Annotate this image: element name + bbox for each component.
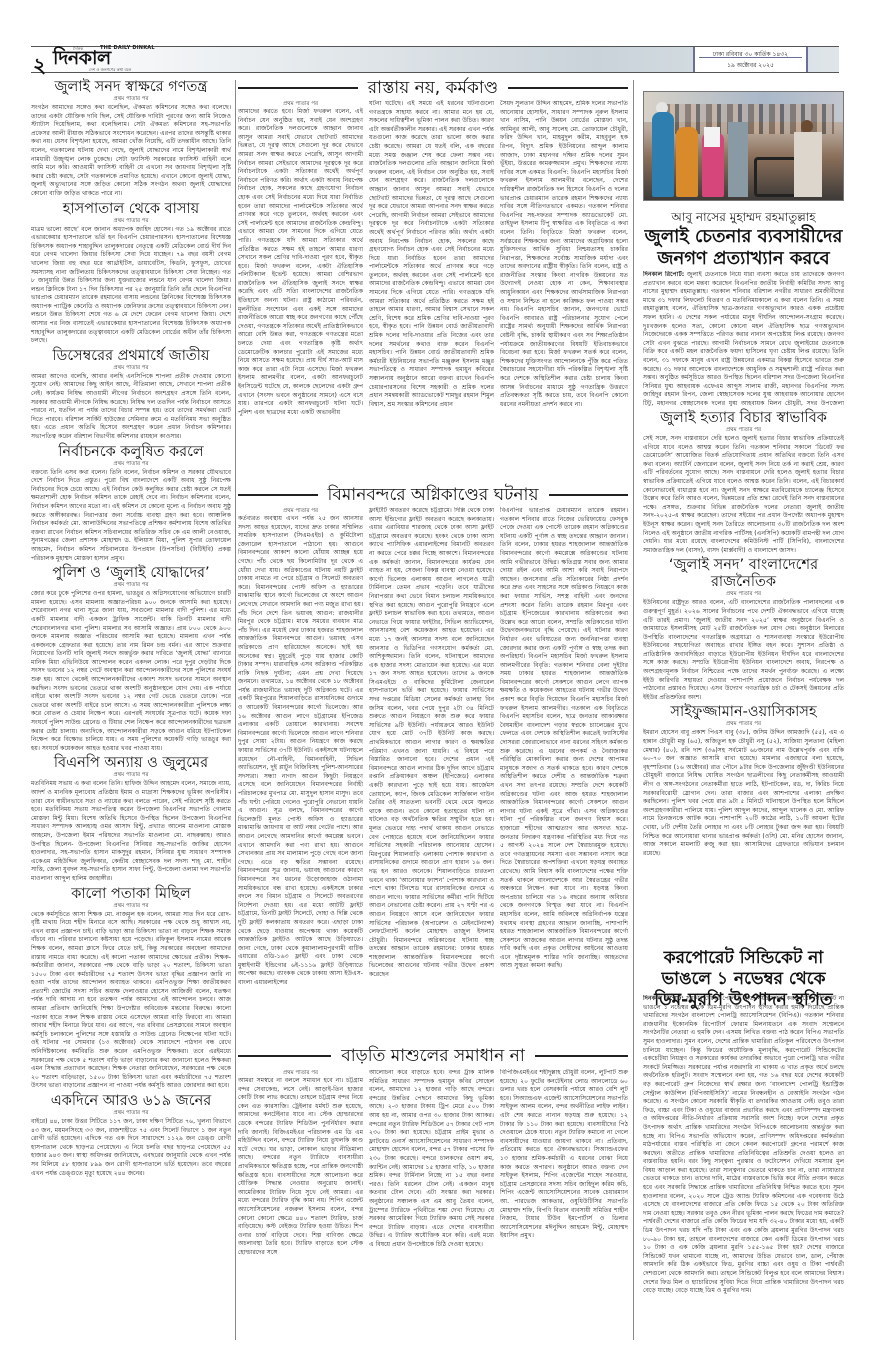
- article-body: ইমরান হোসেন বাবু প্রকাশ পিএস বাবু (৩৮), …: [643, 729, 844, 858]
- article-body: ফ্লাইটটি অবতরণ করেছে চট্টগ্রামে। দিল্লি …: [369, 507, 494, 980]
- article-body: থেকে কর্মসূচিতে আসা শিক্ষক মো. নাজমুল হক…: [31, 911, 231, 1091]
- center-story-3-col-1: প্রথম পাতার পর আমরা সমস্বরে না বললে সমাধ…: [238, 1069, 363, 1329]
- article-body: বিএনপির ভারপ্রাপ্ত চেয়ারম্যান তারেক রহম…: [500, 507, 628, 971]
- left-column: জুলাই সনদ স্বাক্ষরে গণতন্ত্র প্রথম পাতার…: [31, 77, 231, 1178]
- continued-label: প্রথম পাতার পর: [31, 365, 231, 372]
- article-body: দিনকাল রিপোর্ট: জুলাই চেতনাকে নিয়ে যারা…: [643, 271, 844, 406]
- article-text: জুলাই চেতনাকে নিয়ে যারা ব্যবসা করতে চায…: [643, 271, 844, 406]
- headline-rule: [238, 494, 318, 496]
- continued-label: প্রথম পাতার পর: [643, 721, 844, 728]
- article: জুলাই সনদ স্বাক্ষরে গণতন্ত্র প্রথম পাতার…: [31, 79, 231, 199]
- continued-label: প্রথম পাতার পর: [31, 218, 231, 225]
- continued-label: প্রথম পাতার পর: [238, 507, 363, 515]
- headline-rule: [535, 1055, 628, 1057]
- article: জুলাই হত্যার বিচার স্বাভাবিক প্রথম পাতার…: [643, 410, 844, 555]
- article-headline: বিএনপি অন্যায় ও জুলুমের: [31, 755, 231, 772]
- center-story-2-col-1: প্রথম পাতার পর কর্তব্যরত অবস্থায় এখন পর…: [238, 507, 363, 1043]
- article-headline: কালো পতাকা মিছিল: [31, 886, 231, 903]
- logo-main-title: দিনকাল: [53, 49, 111, 67]
- article-body: আমরা আগেও বলেছি, আবার বলছি এনসিপিকে শাপল…: [31, 373, 231, 442]
- continued-label: প্রথম পাতার পর: [238, 100, 363, 108]
- right-column: জুলাই হত্যার বিচার স্বাভাবিক প্রথম পাতার…: [643, 408, 844, 908]
- article-headline: জুলাই হত্যার বিচার স্বাভাবিক: [643, 410, 844, 427]
- article-body: দিনকাল রিপোর্ট: সরকার দেশের পোলট্রি খাত …: [643, 995, 844, 1296]
- reporter-credit: দিনকাল রিপোর্ট:: [643, 271, 684, 278]
- article-headline: সাইফুজ্জামান-ওয়াসিকাসহ: [643, 704, 844, 721]
- article: ডিসেম্বরের প্রথমার্ধে জাতীয় প্রথম পাতার…: [31, 348, 231, 442]
- article-text: সরকার দেশের পোলট্রি খাত নিয়ন্ত্রণ করা ক…: [643, 995, 844, 1294]
- date-bangla: ঢাকা রবিবার ৩০ কার্তিক ১৪৩২: [699, 47, 802, 58]
- article: সাইফুজ্জামান-ওয়াসিকাসহ প্রথম পাতার পর ই…: [643, 704, 844, 858]
- continued-label: প্রথম পাতার পর: [643, 427, 844, 434]
- newspaper-logo: দৈনিক THE DAILY DINKAL দিনকাল দেশ ও জনগণ…: [53, 45, 183, 74]
- center-story-3-col-3: বিপিজিএমইএর শহীদুল্লাহ চৌধুরী বলেন, লুটপ…: [500, 1069, 628, 1329]
- article-headline: জুলাই সনদ স্বাক্ষরে গণতন্ত্র: [31, 79, 231, 96]
- continued-label: প্রথম পাতার পর: [31, 1110, 231, 1117]
- logo-tagline: দেশ ও জনগণের কথা বলে: [89, 67, 131, 74]
- article-body: ইউনিয়নের রাষ্ট্রদূত আরও বলেন, এটি বাংলা…: [643, 599, 844, 702]
- headline-rule: [238, 87, 358, 89]
- continued-label: প্রথম পাতার পর: [31, 96, 231, 103]
- article-body: সৈয়দ সুলতান উদ্দিন আহমেদ, শ্রমিক দলের স…: [500, 100, 628, 409]
- article-body: আমাদের করতে হবে। মির্জা ফখরুল বলেন, এই ন…: [238, 108, 363, 417]
- lead-story-body: দিনকাল রিপোর্ট: জুলাই চেতনাকে নিয়ে যারা…: [643, 271, 844, 406]
- article: পুলিশ ও ‘জুলাই যোদ্ধাদের’ প্রথম পাতার পর…: [31, 565, 231, 753]
- article-body: ঘটনা ঘটেছে। এই সময়ে এই ধরনের ঘটনাগুলো গ…: [369, 100, 494, 409]
- continued-label: প্রথম পাতার পর: [31, 461, 231, 468]
- article-headline: একদিনে আরও ৬১৯ জনের: [31, 1093, 231, 1110]
- continued-label: প্রথম পাতার পর: [643, 591, 844, 598]
- article-body: বিপিজিএমইএর শহীদুল্লাহ চৌধুরী বলেন, লুটপ…: [500, 1069, 628, 1241]
- headline-rule: [508, 87, 628, 89]
- column-divider: [633, 80, 634, 1340]
- center-story-3-headline-bar: বাড়তি মাশুলের সমাধান না: [238, 1046, 628, 1066]
- reporter-credit: দিনকাল রিপোর্ট:: [643, 995, 684, 1002]
- continued-label: প্রথম পাতার পর: [31, 582, 231, 589]
- lead-story-kicker: আবু নাসের মুহাম্মদ রহমাতুল্লাহ: [643, 210, 844, 224]
- date-english: ১৯ অক্টোবর ২০২৫: [695, 58, 806, 71]
- article-body: আলোচনা করে বাড়াতে হবে। বন্দর ট্রাক মালি…: [369, 1069, 494, 1249]
- continued-label: প্রথম পাতার পর: [238, 1069, 363, 1077]
- article: নির্বাচনকে কলুষিত করলে প্রথম পাতার পর বক…: [31, 444, 231, 564]
- masthead: ২ দৈনিক THE DAILY DINKAL দিনকাল দেশ ও জন…: [31, 46, 839, 73]
- bottom-right-story-body: দিনকাল রিপোর্ট: সরকার দেশের পোলট্রি খাত …: [643, 995, 844, 1340]
- article-headline: ডিসেম্বরের প্রথমার্ধে জাতীয়: [31, 348, 231, 365]
- center-story-2-headline-bar: বিমানবন্দরে অগ্নিকাণ্ডের ঘটনায়: [238, 485, 628, 505]
- article: একদিনে আরও ৬১৯ জনের প্রথম পাতার পর বাইরে…: [31, 1093, 231, 1178]
- center-story-1-col-2: ঘটনা ঘটেছে। এই সময়ে এই ধরনের ঘটনাগুলো গ…: [369, 100, 494, 480]
- article-body: সেই সঙ্গে, সনদ বাস্তবায়নে দেরি হলেও জুল…: [643, 435, 844, 555]
- article: কালো পতাকা মিছিল প্রথম পাতার পর থেকে কর্…: [31, 886, 231, 1091]
- headline-rule: [549, 494, 629, 496]
- article-headline: ‘জুলাই সনদ’ বাংলাদেশের রাজনৈতিক: [643, 557, 844, 591]
- article-headline: পুলিশ ও ‘জুলাই যোদ্ধাদের’: [31, 565, 231, 582]
- column-divider: [235, 80, 236, 1340]
- article-body: সংগঠন আমাদের সঙ্গেও কথা বলেছিল, ঐকমত্য ক…: [31, 104, 231, 199]
- continued-label: প্রথম পাতার পর: [31, 903, 231, 910]
- center-story-3-col-2: আলোচনা করে বাড়াতে হবে। বন্দর ট্রাক মালি…: [369, 1069, 494, 1329]
- center-story-3-headline: বাড়তি মাশুলের সমাধান না: [331, 1046, 535, 1066]
- article-headline: নির্বাচনকে কলুষিত করলে: [31, 444, 231, 461]
- article-body: কর্তব্যরত অবস্থায় এখন পর্যন্ত ২৫ জন আনস…: [238, 515, 363, 988]
- article: ‘জুলাই সনদ’ বাংলাদেশের রাজনৈতিক প্রথম পা…: [643, 557, 844, 702]
- article-headline: হাসপাতাল থেকে বাসায়: [31, 201, 231, 218]
- date-box: ঢাকা রবিবার ৩০ কার্তিক ১৪৩২ ১৯ অক্টোবর ২…: [693, 47, 808, 72]
- article: বিএনপি অন্যায় ও জুলুমের প্রথম পাতার পর …: [31, 755, 231, 883]
- center-story-2-col-3: বিএনপির ভারপ্রাপ্ত চেয়ারম্যান তারেক রহম…: [500, 507, 628, 1043]
- center-story-1-col-3: সৈয়দ সুলতান উদ্দিন আহমেদ, শ্রমিক দলের স…: [500, 100, 628, 480]
- article-body: জোর করে ঢুকে পুলিশের ওপর হামলা, ভাঙচুর ও…: [31, 590, 231, 753]
- center-story-2-headline: বিমানবন্দরে অগ্নিকাণ্ডের ঘটনায়: [318, 485, 549, 505]
- center-story-1-headline: রাস্তায় নয়, কর্মকাণ্ড: [358, 78, 508, 98]
- center-story-1-headline-bar: রাস্তায় নয়, কর্মকাণ্ড: [238, 78, 628, 98]
- continued-label: প্রথম পাতার পর: [31, 772, 231, 779]
- article-body: বাইরে) ৪৪, ঢাকা উত্তর সিটিতে ১১৭ জন, ঢাক…: [31, 1118, 231, 1178]
- article-body: মতবিনিময় সভায় এ কথা বলেন তিনি। হাফিজ উ…: [31, 780, 231, 883]
- article-body: বক্তব্যে তিনি এসব কথা বলেন। তিনি বলেন, ন…: [31, 469, 231, 564]
- article-body: মাত্রম ভালো আছে’ বলে জানান অধ্যাপক জাহিদ…: [31, 226, 231, 346]
- center-story-2-col-2: ফ্লাইটটি অবতরণ করেছে চট্টগ্রামে। দিল্লি …: [369, 507, 494, 1043]
- headline-rule: [238, 1055, 331, 1057]
- news-photo: [643, 91, 844, 201]
- lead-story-headline: জুলাই চেতনার ব্যবসায়ীদের জনগণ প্রত্যাখ্…: [643, 226, 844, 270]
- article-body: আমরা সমস্বরে না বললে সমাধান হবে না। চট্ট…: [238, 1077, 363, 1257]
- article: হাসপাতাল থেকে বাসায় প্রথম পাতার পর মাত্…: [31, 201, 231, 346]
- center-story-1-col-1: প্রথম পাতার পর আমাদের করতে হবে। মির্জা ফ…: [238, 100, 363, 480]
